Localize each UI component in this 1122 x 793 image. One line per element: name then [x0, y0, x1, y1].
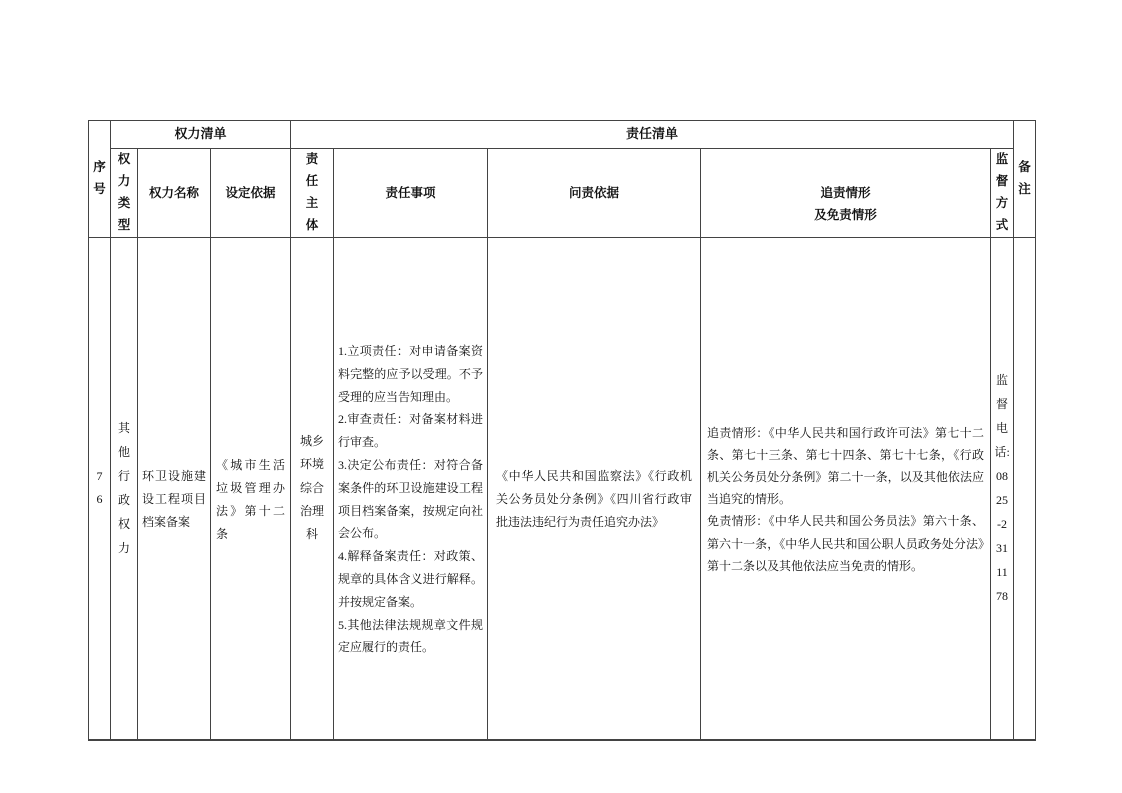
cell-accountability-situations: 追责情形：《中华人民共和国行政许可法》第七十二条、第七十三条、第七十四条、第七十…: [701, 237, 991, 740]
responsibility-list-table: 序号 权力清单 责任清单 备注 权力类型 权力名称 设定依据 责任主体: [88, 120, 1036, 741]
header-power-type-label: 权力类型: [117, 149, 132, 237]
header-power-name-label: 权力名称: [149, 186, 199, 200]
header-remarks-label: 备注: [1017, 157, 1032, 201]
group-header-power-list-label: 权力清单: [174, 126, 226, 141]
group-header-power-list: 权力清单: [111, 121, 291, 149]
header-accountability-situations-label: 追责情形 及免责情形: [814, 186, 877, 223]
cell-responsible-body: 城乡环境综合治理科: [291, 237, 334, 740]
setting-basis-value: 《城市生活垃圾管理办法》第十二条: [216, 458, 285, 541]
cell-power-name: 环卫设施建设工程项目档案备案: [138, 237, 211, 740]
group-header-responsibility-list: 责任清单: [291, 121, 1014, 149]
header-duty-matters: 责任事项: [334, 149, 488, 238]
duty-matters-value: 1.立项责任：对申请备案资料完整的应予以受理。不予受理的应当告知理由。 2.审查…: [338, 344, 483, 654]
header-supervision-method: 监督方式: [991, 149, 1014, 238]
accountability-situations-value: 追责情形：《中华人民共和国行政许可法》第七十二条、第七十三条、第七十四条、第七十…: [707, 426, 984, 573]
header-serial-label: 序号: [92, 157, 107, 201]
cell-serial: 76: [89, 237, 111, 740]
header-power-name: 权力名称: [138, 149, 211, 238]
cell-accountability-basis: 《中华人民共和国监察法》《行政机关公务员处分条例》《四川省行政审批违法违纪行为责…: [488, 237, 701, 740]
header-accountability-basis: 问责依据: [488, 149, 701, 238]
cell-power-type: 其他行政权力: [111, 237, 138, 740]
header-duty-matters-label: 责任事项: [385, 186, 435, 200]
power-name-value: 环卫设施建设工程项目档案备案: [142, 469, 206, 529]
header-accountability-basis-label: 问责依据: [569, 186, 619, 200]
header-setting-basis-label: 设定依据: [225, 186, 275, 200]
cell-remarks: [1014, 237, 1036, 740]
document-page: 序号 权力清单 责任清单 备注 权力类型 权力名称 设定依据 责任主体: [0, 0, 1122, 793]
group-header-row: 序号 权力清单 责任清单 备注: [89, 121, 1036, 149]
responsible-body-value: 城乡环境综合治理科: [299, 430, 326, 547]
supervision-method-value: 监督电话:0825-2311178: [995, 368, 1010, 608]
header-serial: 序号: [89, 121, 111, 238]
cell-supervision-method: 监督电话:0825-2311178: [991, 237, 1014, 740]
serial-value: 76: [95, 465, 104, 511]
cell-duty-matters: 1.立项责任：对申请备案资料完整的应予以受理。不予受理的应当告知理由。 2.审查…: [334, 237, 488, 740]
header-setting-basis: 设定依据: [211, 149, 291, 238]
header-responsible-body: 责任主体: [291, 149, 334, 238]
table-row: 76 其他行政权力 环卫设施建设工程项目档案备案 《城市生活垃圾管理办法》第十二…: [89, 237, 1036, 740]
column-header-row: 权力类型 权力名称 设定依据 责任主体 责任事项 问责依据 追责情形 及免责情形…: [89, 149, 1036, 238]
cell-setting-basis: 《城市生活垃圾管理办法》第十二条: [211, 237, 291, 740]
power-type-value: 其他行政权力: [117, 416, 132, 560]
header-responsible-body-label: 责任主体: [305, 149, 320, 237]
header-accountability-situations: 追责情形 及免责情形: [701, 149, 991, 238]
header-power-type: 权力类型: [111, 149, 138, 238]
header-remarks: 备注: [1014, 121, 1036, 238]
accountability-basis-value: 《中华人民共和国监察法》《行政机关公务员处分条例》《四川省行政审批违法违纪行为责…: [496, 469, 692, 529]
group-header-responsibility-list-label: 责任清单: [626, 126, 678, 141]
header-supervision-method-label: 监督方式: [995, 149, 1010, 237]
